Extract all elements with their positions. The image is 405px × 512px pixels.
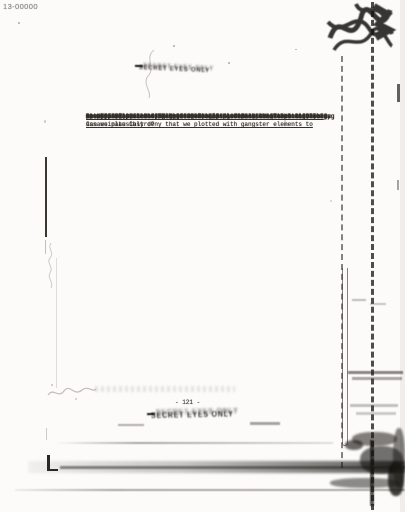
paper-speck (295, 49, 297, 50)
smudge-mark (370, 303, 386, 305)
stamp-smear (250, 422, 280, 425)
ink-smudge (345, 440, 363, 450)
ink-scribble-blot (326, 0, 394, 60)
pencil-squiggle-mark (46, 381, 98, 401)
smudge-mark (348, 371, 403, 374)
scan-streak (55, 442, 333, 444)
smudge-mark (356, 412, 396, 415)
smudge-mark (370, 440, 374, 506)
scan-streak (15, 489, 405, 491)
paper-speck (228, 62, 230, 64)
smudge-mark (352, 377, 402, 380)
paper-speck (173, 45, 175, 47)
stamp-smear (118, 424, 144, 426)
erased-text-ghost (95, 386, 235, 392)
margin-crease-faint (45, 240, 46, 254)
scan-streak (60, 466, 405, 469)
edge-mark (397, 180, 399, 190)
ink-smudge (330, 478, 400, 488)
stamp-strike-line (147, 413, 155, 415)
paper-speck (44, 120, 46, 123)
page-edge-shadow (400, 0, 405, 512)
paper-speck (18, 22, 20, 24)
scanned-document-page: 13-00000 SECRET EYES ONLY SECRET EYES ON… (0, 0, 405, 512)
margin-crease-line (45, 157, 47, 237)
smudge-mark (352, 299, 366, 301)
release-number: 13-00000 (3, 2, 38, 11)
margin-crease-faint (56, 258, 57, 388)
pencil-curl-mark (141, 48, 161, 100)
smudge-mark (350, 404, 398, 407)
paper-speck (284, 120, 286, 122)
pen-loop-mark (342, 268, 348, 446)
margin-crease-faint (46, 428, 47, 440)
paper-speck (330, 200, 332, 202)
page-number: - 121 - (175, 399, 200, 406)
